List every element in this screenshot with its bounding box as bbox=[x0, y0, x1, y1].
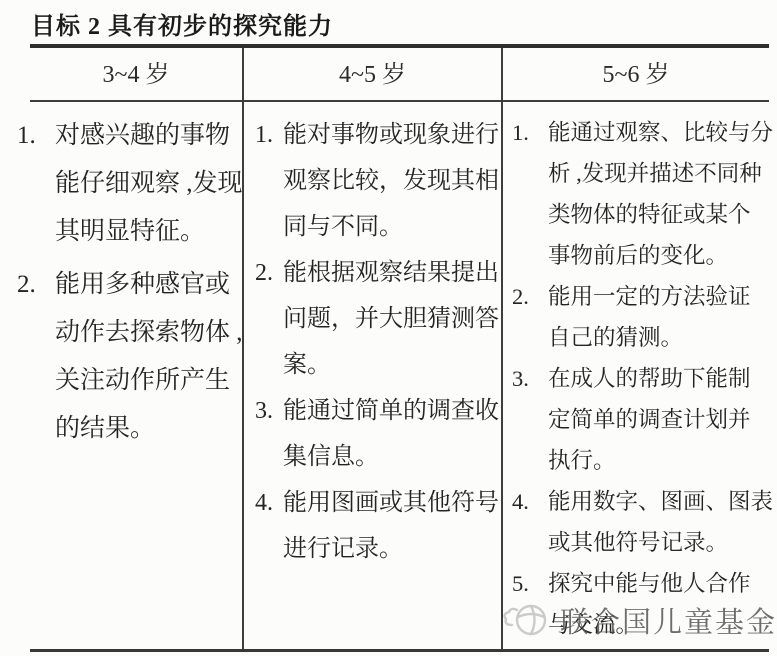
text-line: 能仔细观察 ,发现 bbox=[55, 160, 257, 208]
document-page: 目标 2 具有初步的探究能力 3~4 岁 4~5 岁 5~6 岁 1.对感兴趣的… bbox=[0, 0, 777, 656]
text-line: 能用图画或其他符号 bbox=[283, 480, 505, 526]
item-text: 能用一定的方法验证自己的猜测。 bbox=[548, 276, 774, 358]
list-item: 4.能用数字、图画、图表或其他符号记录。 bbox=[512, 481, 774, 563]
list-item: 3.在成人的帮助下能制定简单的调查计划并执行。 bbox=[512, 358, 774, 481]
item-number: 1. bbox=[17, 112, 55, 256]
item-text: 能对事物或现象进行观察比较，发现其相同与不同。 bbox=[283, 112, 505, 250]
list-item: 1.对感兴趣的事物能仔细观察 ,发现其明显特征。 bbox=[17, 112, 257, 256]
item-text: 能根据观察结果提出问题，并大胆猜测答案。 bbox=[283, 250, 505, 388]
text-line: 动作去探索物体 , bbox=[55, 309, 257, 357]
column-body-age-3-4: 1.对感兴趣的事物能仔细观察 ,发现其明显特征。2.能用多种感官或动作去探索物体… bbox=[17, 112, 257, 458]
text-line: 析 ,发现并描述不同种 bbox=[548, 153, 774, 194]
text-line: 探究中能与他人合作 bbox=[548, 563, 774, 604]
text-line: 案。 bbox=[283, 342, 505, 388]
text-line: 类物体的特征或某个 bbox=[548, 194, 774, 235]
goals-table: 3~4 岁 4~5 岁 5~6 岁 1.对感兴趣的事物能仔细观察 ,发现其明显特… bbox=[30, 44, 769, 652]
text-line: 事物前后的变化。 bbox=[548, 235, 774, 276]
text-line: 定简单的调查计划并 bbox=[548, 399, 774, 440]
section-title: 目标 2 具有初步的探究能力 bbox=[31, 6, 333, 41]
text-line: 对感兴趣的事物 bbox=[55, 112, 257, 160]
text-line: 同与不同。 bbox=[283, 204, 505, 250]
text-line: 的结果。 bbox=[55, 405, 257, 453]
item-number: 4. bbox=[512, 481, 548, 563]
item-number: 2. bbox=[512, 276, 548, 358]
text-line: 问题，并大胆猜测答 bbox=[283, 296, 505, 342]
list-item: 1.能通过观察、比较与分析 ,发现并描述不同种类物体的特征或某个事物前后的变化。 bbox=[512, 112, 774, 276]
item-text: 能用多种感官或动作去探索物体 ,关注动作所产生的结果。 bbox=[55, 261, 257, 453]
text-line: 观察比较，发现其相 bbox=[283, 158, 505, 204]
text-line: 关注动作所产生 bbox=[55, 357, 257, 405]
text-line: 能用一定的方法验证 bbox=[548, 276, 774, 317]
list-item: 2.能用多种感官或动作去探索物体 ,关注动作所产生的结果。 bbox=[17, 261, 257, 453]
item-text: 能通过观察、比较与分析 ,发现并描述不同种类物体的特征或某个事物前后的变化。 bbox=[548, 112, 774, 276]
text-line: 能用多种感官或 bbox=[55, 261, 257, 309]
item-number: 2. bbox=[17, 261, 55, 453]
watermark: 联合国儿童基金会 bbox=[498, 599, 777, 641]
item-text: 能用图画或其他符号进行记录。 bbox=[283, 480, 505, 572]
text-line: 能对事物或现象进行 bbox=[283, 112, 505, 158]
text-line: 能通过简单的调查收 bbox=[283, 388, 505, 434]
list-item: 2.能用一定的方法验证自己的猜测。 bbox=[512, 276, 774, 358]
watermark-text: 联合国儿童基金会 bbox=[560, 600, 777, 641]
column-body-age-5-6: 1.能通过观察、比较与分析 ,发现并描述不同种类物体的特征或某个事物前后的变化。… bbox=[512, 112, 774, 645]
item-text: 能通过简单的调查收集信息。 bbox=[283, 388, 505, 480]
column-body-age-4-5: 1.能对事物或现象进行观察比较，发现其相同与不同。2.能根据观察结果提出问题，并… bbox=[255, 112, 505, 572]
item-text: 对感兴趣的事物能仔细观察 ,发现其明显特征。 bbox=[55, 112, 257, 256]
item-text: 能用数字、图画、图表或其他符号记录。 bbox=[548, 481, 774, 563]
text-line: 自己的猜测。 bbox=[548, 317, 774, 358]
list-item: 3.能通过简单的调查收集信息。 bbox=[255, 388, 505, 480]
text-line: 能用数字、图画、图表 bbox=[548, 481, 774, 522]
header-divider-line bbox=[30, 100, 769, 102]
column-header-age-3-4: 3~4 岁 bbox=[30, 48, 242, 100]
item-number: 2. bbox=[255, 250, 283, 388]
list-item: 4.能用图画或其他符号进行记录。 bbox=[255, 480, 505, 572]
list-item: 2.能根据观察结果提出问题，并大胆猜测答案。 bbox=[255, 250, 505, 388]
item-text: 在成人的帮助下能制定简单的调查计划并执行。 bbox=[548, 358, 774, 481]
item-number: 1. bbox=[255, 112, 283, 250]
list-item: 1.能对事物或现象进行观察比较，发现其相同与不同。 bbox=[255, 112, 505, 250]
item-number: 4. bbox=[255, 480, 283, 572]
unicef-emblem-icon bbox=[498, 601, 550, 639]
text-line: 执行。 bbox=[548, 440, 774, 481]
text-line: 能根据观察结果提出 bbox=[283, 250, 505, 296]
item-number: 3. bbox=[255, 388, 283, 480]
item-number: 1. bbox=[512, 112, 548, 276]
text-line: 能通过观察、比较与分 bbox=[548, 112, 774, 153]
text-line: 其明显特征。 bbox=[55, 208, 257, 256]
text-line: 进行记录。 bbox=[283, 526, 505, 572]
column-header-age-5-6: 5~6 岁 bbox=[503, 48, 769, 100]
item-number: 3. bbox=[512, 358, 548, 481]
column-header-age-4-5: 4~5 岁 bbox=[244, 48, 501, 100]
text-line: 或其他符号记录。 bbox=[548, 522, 774, 563]
text-line: 在成人的帮助下能制 bbox=[548, 358, 774, 399]
text-line: 集信息。 bbox=[283, 434, 505, 480]
